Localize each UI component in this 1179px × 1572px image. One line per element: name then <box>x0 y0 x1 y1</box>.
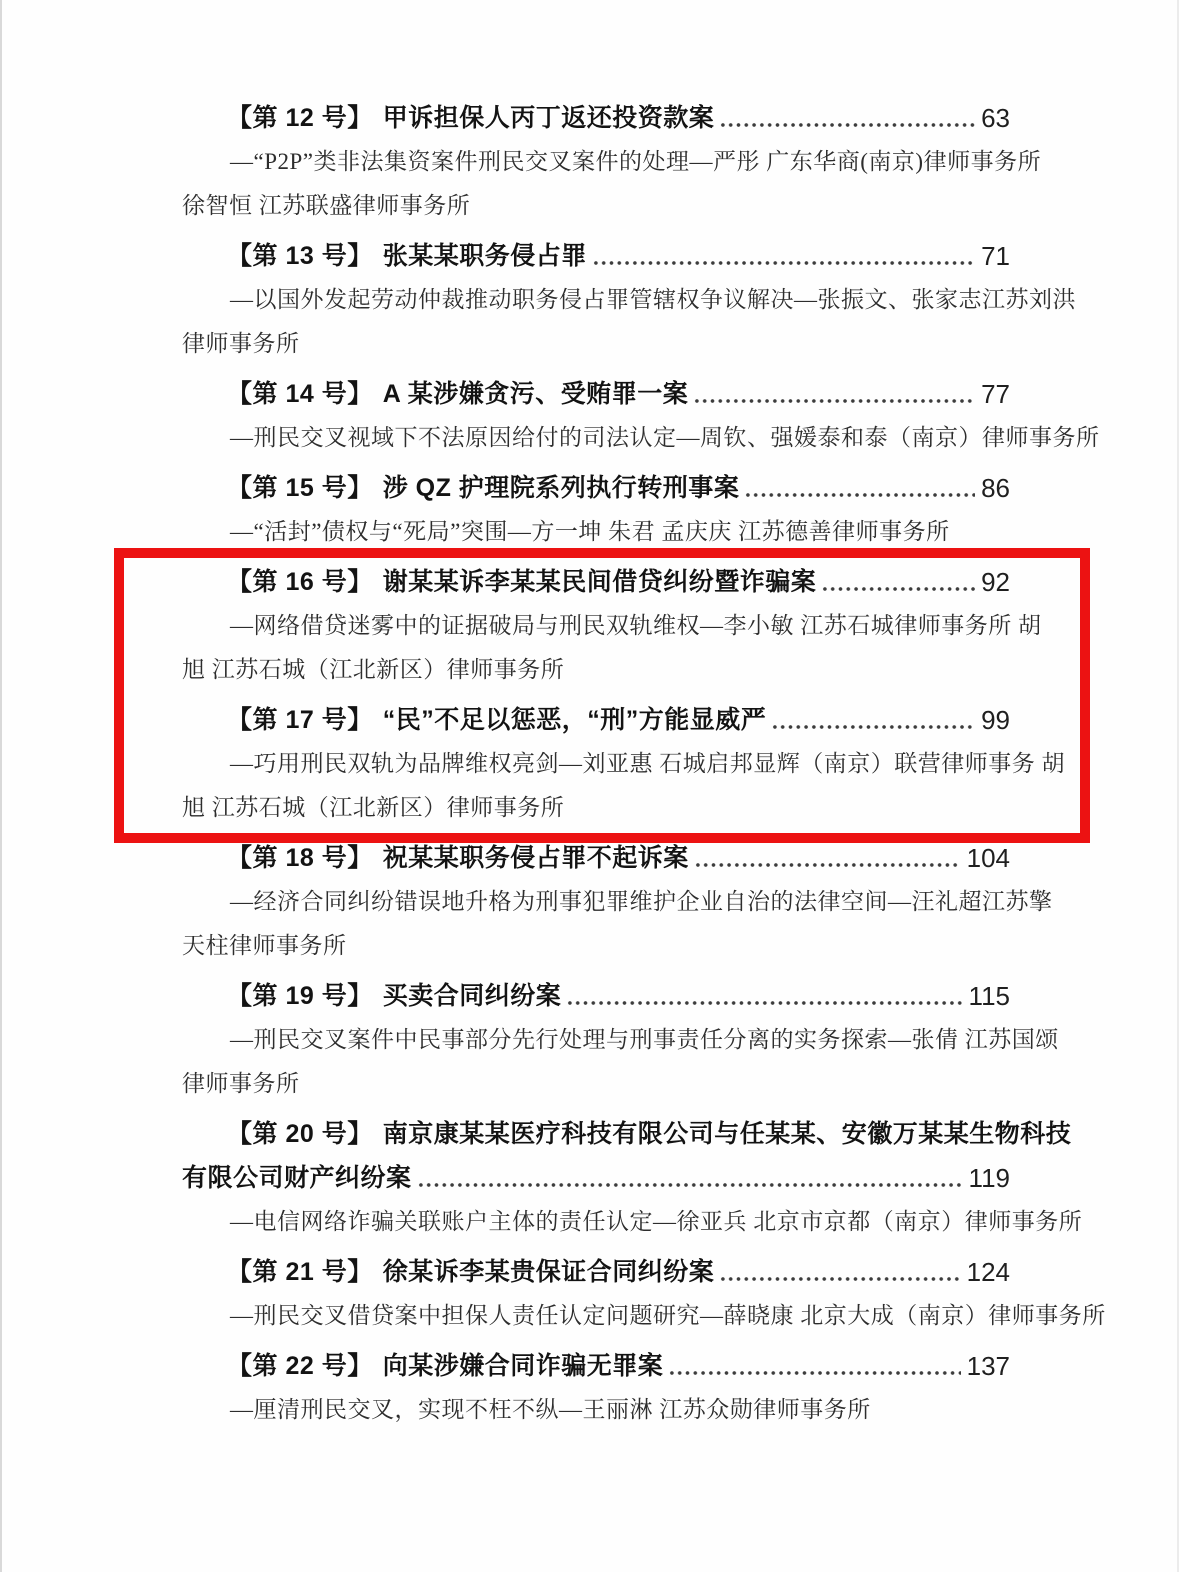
entry-title: 向某涉嫌合同诈骗无罪案 <box>383 1344 664 1388</box>
document-page: 【第 12 号】 甲诉担保人丙丁返还投资款案 63 —“P2P”类非法集资案件刑… <box>0 0 1179 1572</box>
entry-title-line2: 有限公司财产纠纷案 <box>182 1156 412 1200</box>
entry-subtitle-line: —电信网络诈骗关联账户主体的责任认定—徐亚兵 北京市京都（南京）律师事务所 <box>182 1200 1010 1244</box>
entry-subtitle-line: 律师事务所 <box>182 322 1010 366</box>
entry-subtitle-line: 旭 江苏石城（江北新区）律师事务所 <box>182 648 1010 692</box>
dot-leader <box>592 234 975 278</box>
entry-subtitle-line: 旭 江苏石城（江北新区）律师事务所 <box>182 786 1010 830</box>
toc-entry-title-row: 有限公司财产纠纷案 119 <box>182 1156 1010 1200</box>
entry-title: “民”不足以惩恶，“刑”方能显威严 <box>383 698 767 742</box>
entry-title: 涉 QZ 护理院系列执行转刑事案 <box>383 466 740 510</box>
dot-leader <box>693 372 975 416</box>
entry-number-label: 【第 20 号】 <box>227 1120 373 1148</box>
toc-entry-20: 【第 20 号】南京康某某医疗科技有限公司与任某某、安徽万某某生物科技 有限公司… <box>182 1112 1010 1244</box>
entry-subtitle-line: 天柱律师事务所 <box>182 924 1010 968</box>
dot-leader <box>668 1344 960 1388</box>
page-number: 71 <box>981 234 1010 278</box>
entry-subtitle-line: —网络借贷迷雾中的证据破局与刑民双轨维权—李小敏 江苏石城律师事务所 胡 <box>182 604 1010 648</box>
entry-number-label: 【第 14 号】 <box>227 372 373 416</box>
entry-number-label: 【第 22 号】 <box>227 1344 373 1388</box>
entry-subtitle-line: —刑民交叉视域下不法原因给付的司法认定—周钦、强媛泰和泰（南京）律师事务所 <box>182 416 1010 460</box>
page-number: 86 <box>981 466 1010 510</box>
entry-subtitle-line: —巧用刑民双轨为品牌维权亮剑—刘亚惠 石城启邦显辉（南京）联营律师事务 胡 <box>182 742 1010 786</box>
entry-number-label: 【第 18 号】 <box>227 836 373 880</box>
toc-entry-title-row: 【第 21 号】 徐某诉李某贵保证合同纠纷案 124 <box>182 1250 1010 1294</box>
toc-entry-17: 【第 17 号】 “民”不足以惩恶，“刑”方能显威严 99 —巧用刑民双轨为品牌… <box>182 698 1010 830</box>
dot-leader <box>417 1156 963 1200</box>
entry-title: 祝某某职务侵占罪不起诉案 <box>383 836 689 880</box>
entry-title: 甲诉担保人丙丁返还投资款案 <box>383 96 715 140</box>
toc-entry-title-row: 【第 18 号】 祝某某职务侵占罪不起诉案 104 <box>182 836 1010 880</box>
toc-entry-title-row: 【第 12 号】 甲诉担保人丙丁返还投资款案 63 <box>182 96 1010 140</box>
toc-entry-title-row: 【第 17 号】 “民”不足以惩恶，“刑”方能显威严 99 <box>182 698 1010 742</box>
entry-number-label: 【第 16 号】 <box>227 560 373 604</box>
toc-entry-13: 【第 13 号】 张某某职务侵占罪 71 —以国外发起劳动仲裁推动职务侵占罪管辖… <box>182 234 1010 366</box>
entry-subtitle-line: —“P2P”类非法集资案件刑民交叉案件的处理—严彤 广东华商(南京)律师事务所 <box>182 140 1010 184</box>
dot-leader <box>821 560 975 604</box>
page-number: 77 <box>981 372 1010 416</box>
dot-leader <box>694 836 961 880</box>
entry-subtitle-line: —刑民交叉借贷案中担保人责任认定问题研究—薛晓康 北京大成（南京）律师事务所 <box>182 1294 1010 1338</box>
entry-number-label: 【第 21 号】 <box>227 1250 373 1294</box>
toc-entry-18: 【第 18 号】 祝某某职务侵占罪不起诉案 104 —经济合同纠纷错误地升格为刑… <box>182 836 1010 968</box>
page-number: 63 <box>981 96 1010 140</box>
entry-subtitle-line: —以国外发起劳动仲裁推动职务侵占罪管辖权争议解决—张振文、张家志江苏刘洪 <box>182 278 1010 322</box>
entry-title: 谢某某诉李某某民间借贷纠纷暨诈骗案 <box>383 560 817 604</box>
entry-title: 买卖合同纠纷案 <box>383 974 562 1018</box>
page-number: 104 <box>967 836 1010 880</box>
entry-number-label: 【第 13 号】 <box>227 234 373 278</box>
entry-subtitle-line: —刑民交叉案件中民事部分先行处理与刑事责任分离的实务探索—张倩 江苏国颂 <box>182 1018 1010 1062</box>
entry-number-label: 【第 12 号】 <box>227 96 373 140</box>
dot-leader <box>719 1250 960 1294</box>
entry-title: A 某涉嫌贪污、受贿罪一案 <box>383 372 689 416</box>
toc-entry-title-row: 【第 19 号】 买卖合同纠纷案 115 <box>182 974 1010 1018</box>
entry-subtitle-line: 徐智恒 江苏联盛律师事务所 <box>182 184 1010 228</box>
page-number: 92 <box>981 560 1010 604</box>
entry-number-label: 【第 19 号】 <box>227 974 373 1018</box>
dot-leader <box>566 974 962 1018</box>
toc-entry-14: 【第 14 号】 A 某涉嫌贪污、受贿罪一案 77 —刑民交叉视域下不法原因给付… <box>182 372 1010 460</box>
toc-entry-22: 【第 22 号】 向某涉嫌合同诈骗无罪案 137 —厘清刑民交叉，实现不枉不纵—… <box>182 1344 1010 1432</box>
toc-entry-21: 【第 21 号】 徐某诉李某贵保证合同纠纷案 124 —刑民交叉借贷案中担保人责… <box>182 1250 1010 1338</box>
toc-entry-15: 【第 15 号】 涉 QZ 护理院系列执行转刑事案 86 —“活封”债权与“死局… <box>182 466 1010 554</box>
page-number: 115 <box>969 974 1010 1018</box>
page-number: 124 <box>967 1250 1010 1294</box>
toc-entry-19: 【第 19 号】 买卖合同纠纷案 115 —刑民交叉案件中民事部分先行处理与刑事… <box>182 974 1010 1106</box>
entry-title: 徐某诉李某贵保证合同纠纷案 <box>383 1250 715 1294</box>
entry-subtitle-line: —厘清刑民交叉，实现不枉不纵—王丽淋 江苏众勋律师事务所 <box>182 1388 1010 1432</box>
entry-number-label: 【第 17 号】 <box>227 698 373 742</box>
entry-subtitle-line: —“活封”债权与“死局”突围—方一坤 朱君 孟庆庆 江苏德善律师事务所 <box>182 510 1010 554</box>
toc-entry-title-row: 【第 14 号】 A 某涉嫌贪污、受贿罪一案 77 <box>182 372 1010 416</box>
toc-entry-16: 【第 16 号】 谢某某诉李某某民间借贷纠纷暨诈骗案 92 —网络借贷迷雾中的证… <box>182 560 1010 692</box>
entry-subtitle-line: 律师事务所 <box>182 1062 1010 1106</box>
toc-entry-12: 【第 12 号】 甲诉担保人丙丁返还投资款案 63 —“P2P”类非法集资案件刑… <box>182 96 1010 228</box>
toc-entry-title-row: 【第 15 号】 涉 QZ 护理院系列执行转刑事案 86 <box>182 466 1010 510</box>
dot-leader <box>744 466 975 510</box>
toc-entry-title-row: 【第 22 号】 向某涉嫌合同诈骗无罪案 137 <box>182 1344 1010 1388</box>
toc-entry-title-row: 【第 16 号】 谢某某诉李某某民间借贷纠纷暨诈骗案 92 <box>182 560 1010 604</box>
toc-entry-title-row: 【第 13 号】 张某某职务侵占罪 71 <box>182 234 1010 278</box>
entry-number-label: 【第 15 号】 <box>227 466 373 510</box>
dot-leader <box>771 698 975 742</box>
page-number: 99 <box>981 698 1010 742</box>
page-number: 119 <box>969 1156 1010 1200</box>
page-number: 137 <box>967 1344 1010 1388</box>
entry-title: 南京康某某医疗科技有限公司与任某某、安徽万某某生物科技 <box>383 1120 1072 1148</box>
entry-subtitle-line: —经济合同纠纷错误地升格为刑事犯罪维护企业自治的法律空间—汪礼超江苏擎 <box>182 880 1010 924</box>
entry-title: 张某某职务侵占罪 <box>383 234 587 278</box>
entry-title-line1: 【第 20 号】南京康某某医疗科技有限公司与任某某、安徽万某某生物科技 <box>182 1112 1010 1156</box>
table-of-contents: 【第 12 号】 甲诉担保人丙丁返还投资款案 63 —“P2P”类非法集资案件刑… <box>182 96 1010 1432</box>
dot-leader <box>719 96 975 140</box>
